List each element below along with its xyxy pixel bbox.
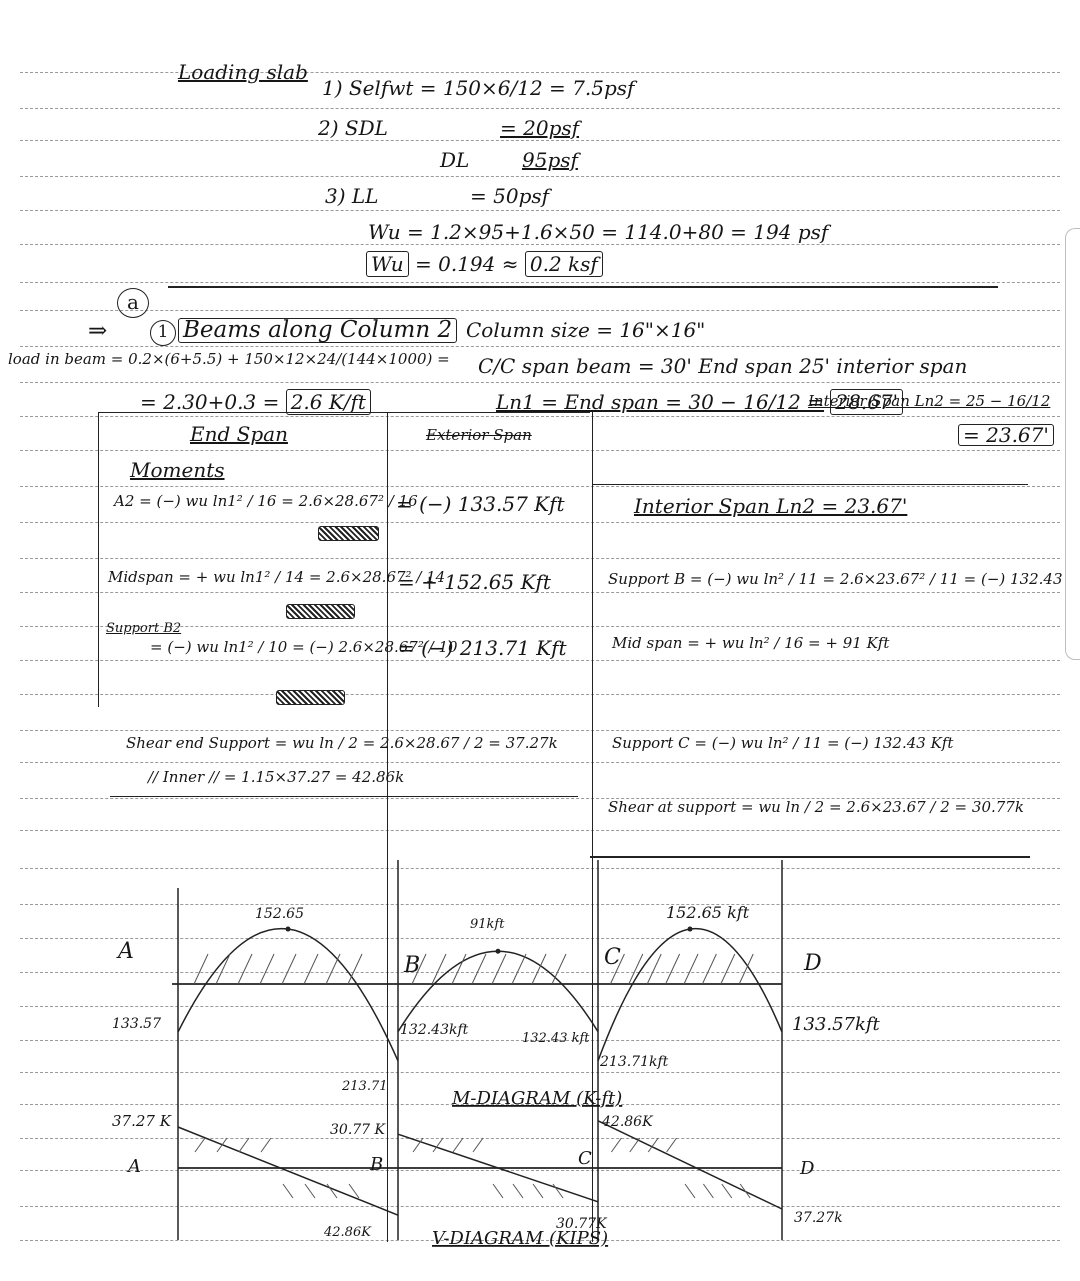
moment-shear-diagrams: ABCD133.57152.65213.71132.43kft91kft132.… [0,0,1080,1281]
moment-label-ab-peak: 152.65 [255,906,304,922]
moment-label-b-right: 132.43kft [400,1022,469,1038]
support-label-b: B [403,953,420,978]
moment-label-bc-peak: 91kft [470,917,505,932]
shear-label-d: 37.27k [794,1210,843,1226]
scroll-handle[interactable] [1065,228,1080,660]
moment-diagram-title: M-DIAGRAM (K-ft) [451,1088,622,1109]
shear-label-c-right: 42.86K [601,1114,654,1130]
shear-label-b-left: 42.86K [323,1225,372,1240]
shear-support-b: B [369,1154,383,1175]
shear-diagram-title: V-DIAGRAM (KIPS) [432,1228,608,1249]
scanned-page: Loading slab 1) Selfwt = 150×6/12 = 7.5p… [0,0,1080,1281]
moment-label-c-left: 132.43 kft [522,1031,590,1046]
support-label-c: C [604,945,621,970]
moment-label-c-right: 213.71kft [599,1054,669,1070]
moment-label-a: 133.57 [112,1016,161,1032]
moment-label-d: 133.57kft [792,1014,881,1035]
shear-support-d: D [799,1158,815,1179]
shear-label-a: 37.27 K [112,1112,172,1130]
support-label-a: A [116,939,134,964]
support-label-d: D [803,951,822,976]
shear-label-b-right: 30.77 K [330,1122,387,1138]
moment-label-b-left: 213.71 [341,1079,388,1094]
shear-support-c: C [578,1148,592,1169]
shear-support-a: A [126,1156,141,1177]
moment-label-cd-peak: 152.65 kft [666,903,750,922]
